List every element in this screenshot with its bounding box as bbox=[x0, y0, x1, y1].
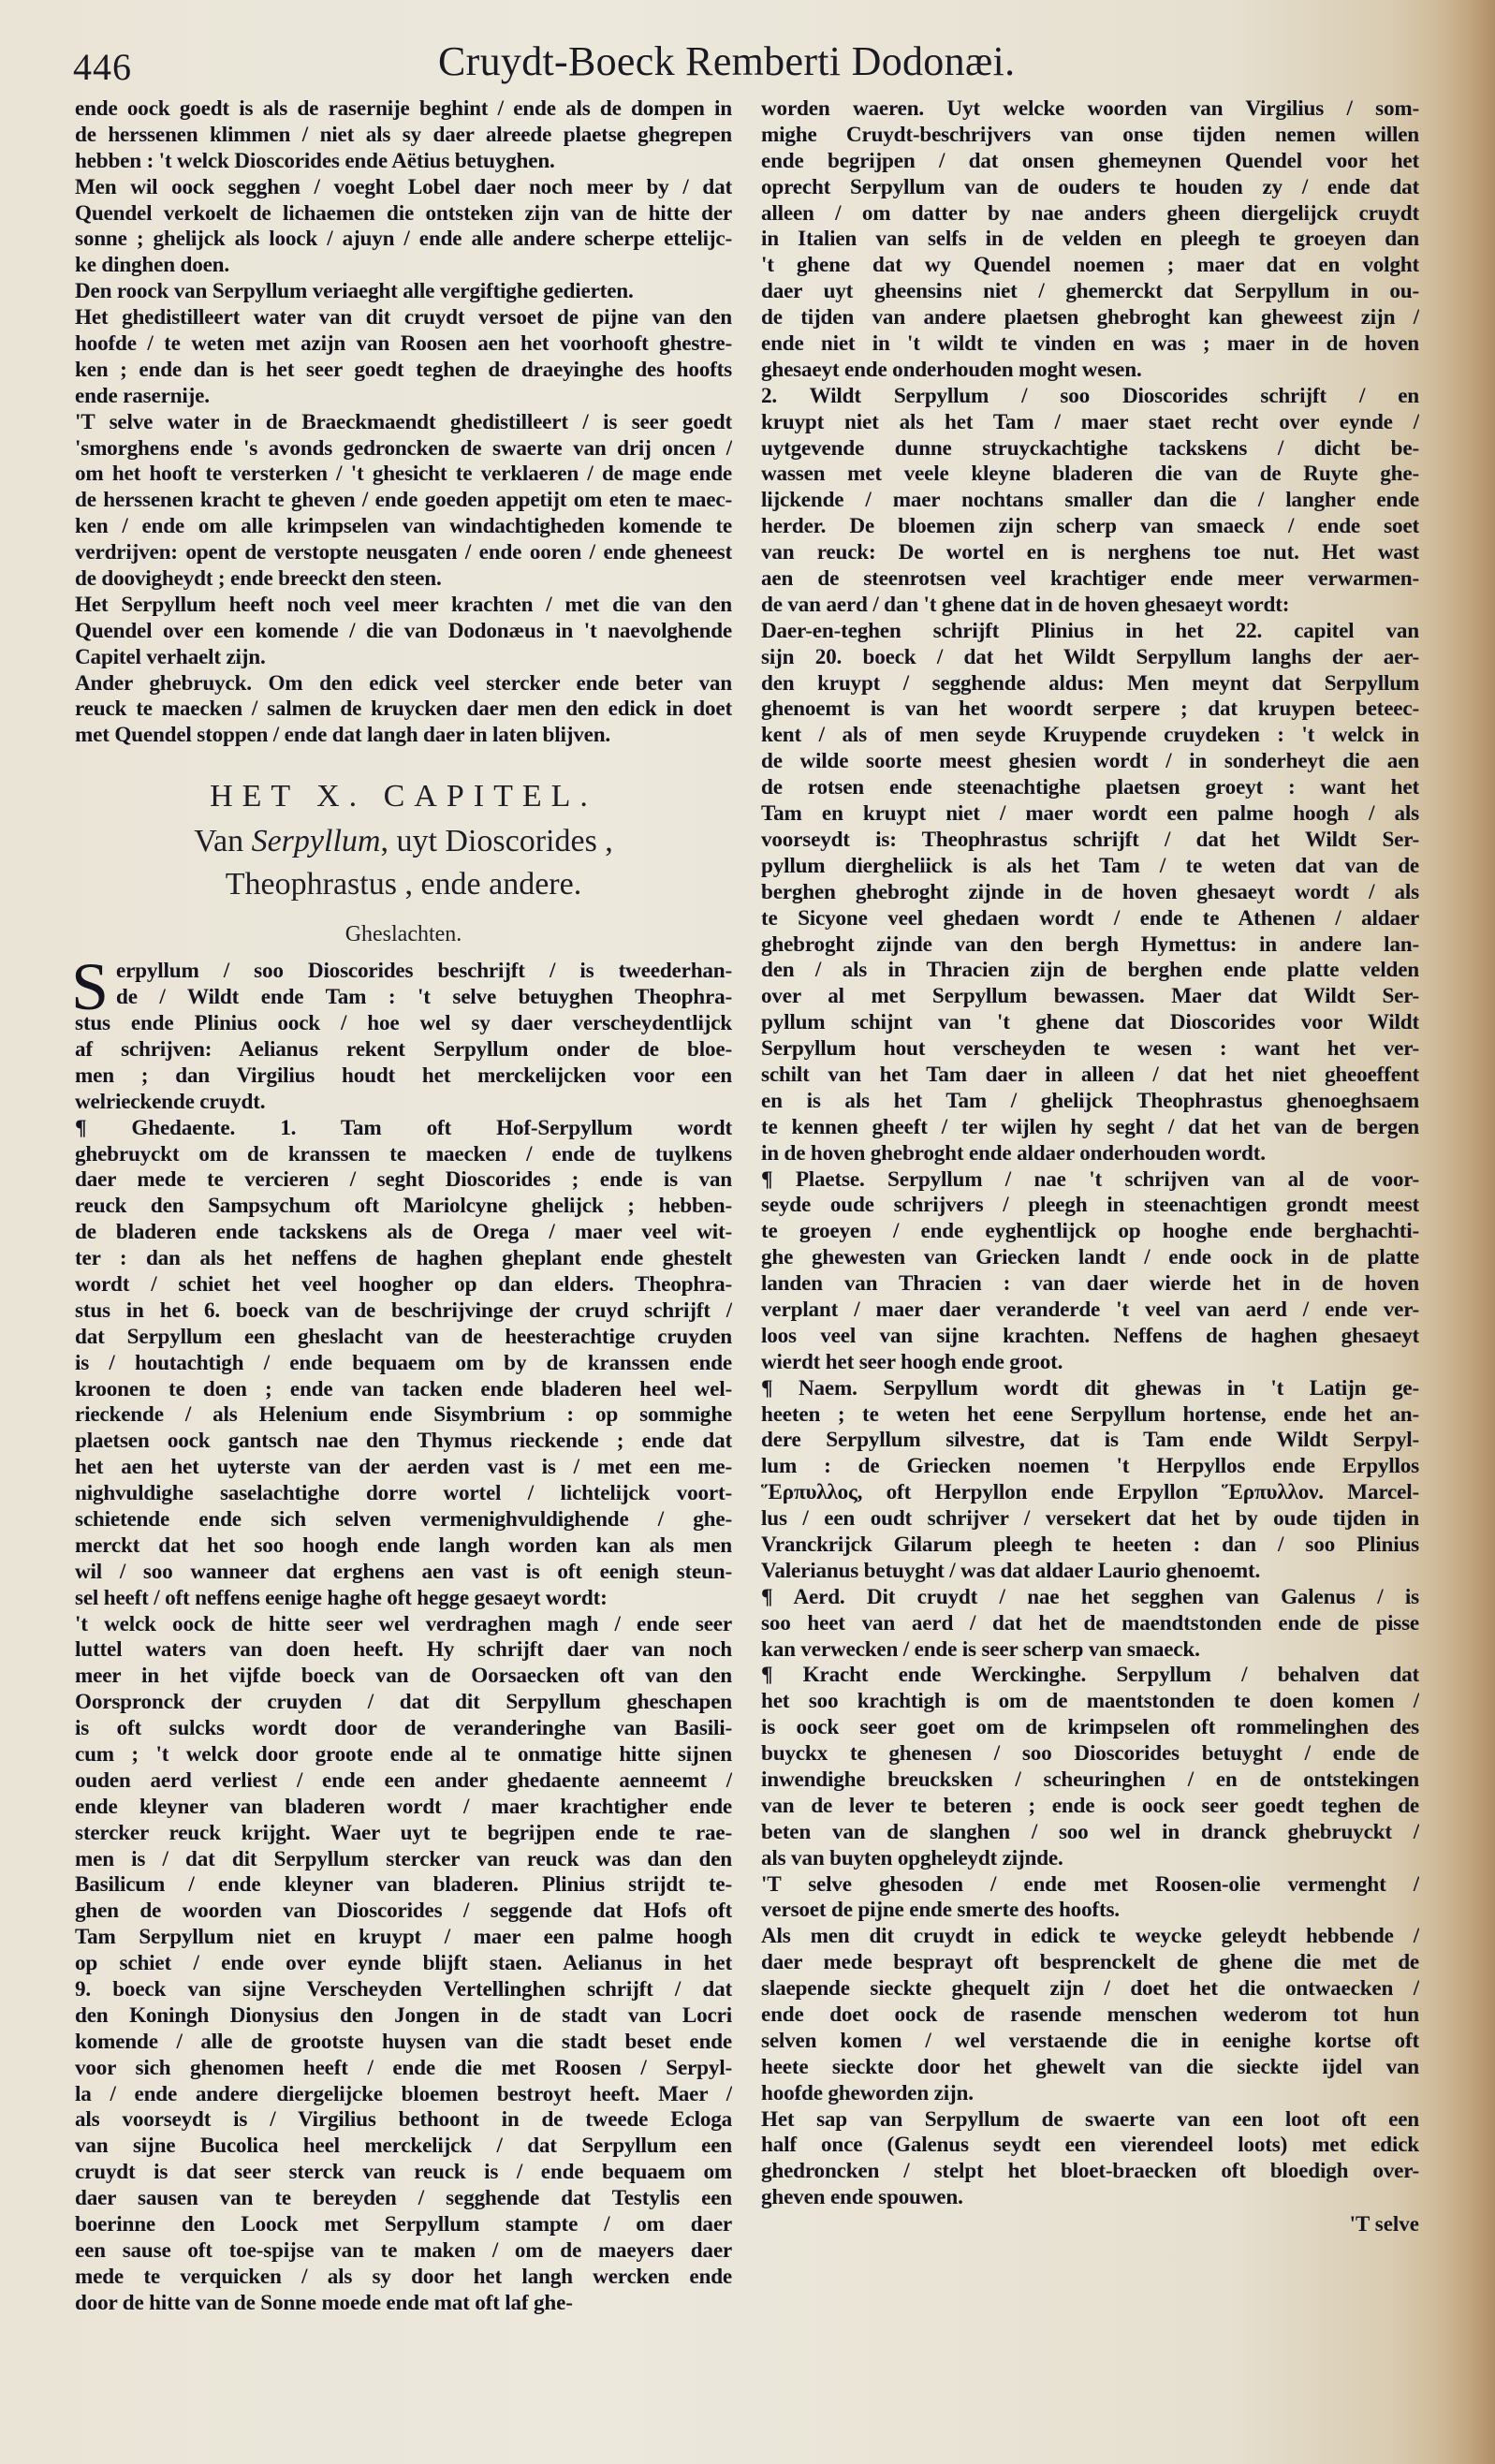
text-line: schietende ende sich selven vermenighvul… bbox=[75, 1507, 732, 1533]
text-line: lijckende / maer nochtans smaller dan di… bbox=[761, 488, 1419, 514]
text-line: selven komen / wel verstaende die in een… bbox=[761, 2029, 1419, 2055]
text-line: een sause oft toe-spijse van te maken / … bbox=[75, 2238, 732, 2265]
text-line: komende / alle de grootste huysen van di… bbox=[75, 2030, 732, 2056]
text-line: la / ende andere diergelijcke bloemen be… bbox=[75, 2082, 732, 2108]
text-line: sonne ; ghelijck als loock / ajuyn / end… bbox=[75, 227, 732, 253]
text-line: 't ghene dat wy Quendel noemen ; maer da… bbox=[761, 253, 1419, 279]
chapter-title: HET X. CAPITEL. bbox=[75, 773, 732, 820]
text-line: wassen met veele kleyne bladeren die van… bbox=[761, 462, 1419, 488]
text-line: ke dinghen doen. bbox=[75, 253, 732, 279]
text-line: inwendighe breucksken / scheuringhen / e… bbox=[761, 1767, 1419, 1794]
text-line: ouden aerd verliest / ende een ander ghe… bbox=[75, 1768, 732, 1795]
text-line: beten van de slanghen / soo wel in dranc… bbox=[761, 1820, 1419, 1846]
text-line: uytgevende dunne struyckachtighe tackske… bbox=[761, 436, 1419, 462]
text-line: ¶ Ghedaente. 1. Tam oft Hof-Serpyllum wo… bbox=[75, 1116, 732, 1142]
text-line: stus in het 6. boeck van de beschrijving… bbox=[75, 1298, 732, 1325]
text-line: herder. De bloemen zijn scherp van smaec… bbox=[761, 514, 1419, 540]
text-line: is oft sulcks wordt door de veranderingh… bbox=[75, 1716, 732, 1742]
text-line: de wilde soorte meest ghesien wordt / in… bbox=[761, 749, 1419, 775]
text-line: men ; dan Virgilius houdt het merckelijc… bbox=[75, 1063, 732, 1090]
text-line: in de hoven ghebroght ende aldaer onderh… bbox=[761, 1141, 1419, 1167]
catchword: 'T selve bbox=[761, 2211, 1419, 2237]
text-line: buyckx te ghenesen / soo Dioscorides bet… bbox=[761, 1741, 1419, 1767]
text-line: verdrijven: opent de verstopte neusgaten… bbox=[75, 540, 732, 566]
text-line: ghedroncken / stelpt het bloet-braecken … bbox=[761, 2159, 1419, 2185]
text-line: ende kleyner van bladeren wordt / maer k… bbox=[75, 1795, 732, 1821]
text-line: lum : de Griecken noemen 't Herpyllos en… bbox=[761, 1454, 1419, 1480]
subtitle-prefix: Van bbox=[194, 824, 243, 858]
text-line: te kennen gheeft / ter wijlen hy seght /… bbox=[761, 1115, 1419, 1141]
text-line: de tijden van andere plaetsen ghebroght … bbox=[761, 305, 1419, 331]
text-line: sijn 20. boeck / dat het Wildt Serpyllum… bbox=[761, 645, 1419, 671]
text-line: ende rasernije. bbox=[75, 384, 732, 410]
text-line: luttel waters van doen heeft. Hy schrijf… bbox=[75, 1637, 732, 1664]
text-line: ken ; ende dan is het seer goedt teghen … bbox=[75, 358, 732, 384]
text-line: Het sap van Serpyllum de swaerte van een… bbox=[761, 2107, 1419, 2134]
text-line: kroonen te doen ; ende van tacken ende b… bbox=[75, 1377, 732, 1403]
text-line: ende begrijpen / dat onsen ghemeynen Que… bbox=[761, 149, 1419, 175]
text-line: de doovigheydt ; ende breeckt den steen. bbox=[75, 566, 732, 593]
text-line: Quendel verkoelt de lichaemen die ontste… bbox=[75, 201, 732, 227]
text-line: versoet de pijne ende smerte des hoofts. bbox=[761, 1898, 1419, 1924]
text-line: ghebroght zijnde van den bergh Hymettus:… bbox=[761, 932, 1419, 959]
text-line: de van aerd / dan 't ghene dat in de hov… bbox=[761, 593, 1419, 619]
text-line: 'T selve ghesoden / ende met Roosen-olie… bbox=[761, 1872, 1419, 1899]
text-line: stercker reuck krijght. Waer uyt te begr… bbox=[75, 1821, 732, 1847]
text-line: pyllum diergheliick is als het Tam / te … bbox=[761, 854, 1419, 880]
text-line: daer sausen van te bereyden / segghende … bbox=[75, 2186, 732, 2212]
text-line: den kruypt / segghende aldus: Men meynt … bbox=[761, 671, 1419, 697]
running-head: Cruydt-Boeck Remberti Dodonæi. bbox=[438, 37, 1015, 85]
text-line: 'smorghens ende 's avonds gedroncken de … bbox=[75, 436, 732, 462]
text-line: merckt dat het soo hoogh ende langh word… bbox=[75, 1533, 732, 1560]
text-line: worden waeren. Uyt welcke woorden van Vi… bbox=[761, 96, 1419, 123]
text-line: ghenoemt is van het woordt serpere ; dat… bbox=[761, 697, 1419, 723]
text-line: ¶ Kracht ende Werckinghe. Serpyllum / be… bbox=[761, 1663, 1419, 1689]
text-line: als voorseydt is / Virgilius bethoont in… bbox=[75, 2107, 732, 2134]
text-line: af schrijven: Aelianus rekent Serpyllum … bbox=[75, 1037, 732, 1063]
text-line: Oorspronck der cruyden / dat dit Serpyll… bbox=[75, 1690, 732, 1716]
text-line: Daer-en-teghen schrijft Plinius in het 2… bbox=[761, 619, 1419, 645]
subtitle-latin-name: Serpyllum bbox=[252, 824, 381, 858]
text-line: alleen / om datter by nae anders gheen d… bbox=[761, 201, 1419, 227]
subtitle-rest: , uyt Dioscorides , bbox=[380, 824, 612, 858]
text-line: Ander ghebruyck. Om den edick veel sterc… bbox=[75, 671, 732, 697]
text-line: kruypt niet als het Tam / maer staet rec… bbox=[761, 410, 1419, 436]
text-line: de herssenen klimmen / niet als sy daer … bbox=[75, 123, 732, 149]
text-line: lus / een oudt schrijver / versekert dat… bbox=[761, 1506, 1419, 1533]
text-line: Capitel verhaelt zijn. bbox=[75, 645, 732, 671]
text-line: erpyllum / soo Dioscorides beschrijft / … bbox=[75, 959, 732, 985]
chapter-heading: HET X. CAPITEL. Van Serpyllum, uyt Diosc… bbox=[75, 773, 732, 959]
text-line: om het hooft te versterken / 't ghesicht… bbox=[75, 462, 732, 488]
text-line: Ἕρπυλλος, oft Herpyllon ende Erpyllon Ἕρ… bbox=[761, 1480, 1419, 1506]
text-line: Valerianus betuyght / was dat aldaer Lau… bbox=[761, 1559, 1419, 1585]
text-line: ghebruyckt om de kranssen te maecken / e… bbox=[75, 1142, 732, 1168]
text-line: dere Serpyllum silvestre, dat is Tam end… bbox=[761, 1428, 1419, 1454]
text-line: ¶ Naem. Serpyllum wordt dit ghewas in 't… bbox=[761, 1376, 1419, 1402]
text-line: Men wil oock segghen / voeght Lobel daer… bbox=[75, 175, 732, 201]
text-line: ¶ Aerd. Dit cruydt / nae het segghen van… bbox=[761, 1585, 1419, 1611]
text-line: pyllum schijnt van 't ghene dat Dioscori… bbox=[761, 1010, 1419, 1036]
text-line: Tam Serpyllum niet en kruypt / maer een … bbox=[75, 1925, 732, 1951]
text-line: daer mede besprayt oft besprenckelt de g… bbox=[761, 1950, 1419, 1976]
text-line: de / Wildt ende Tam : 't selve betuyghen… bbox=[75, 985, 732, 1011]
text-line: heete sieckte door het ghewelt van die s… bbox=[761, 2055, 1419, 2081]
text-line: ken / ende om alle krimpselen van windac… bbox=[75, 514, 732, 540]
text-line: kent / als of men seyde Kruypende cruyde… bbox=[761, 723, 1419, 749]
chapter-subtitle: Van Serpyllum, uyt Dioscorides , bbox=[75, 820, 732, 863]
text-line: 9. boeck van sijne Verscheyden Vertellin… bbox=[75, 1977, 732, 2003]
text-line: boerinne den Loock met Serpyllum stampte… bbox=[75, 2212, 732, 2238]
text-line: 't welck oock de hitte seer wel verdragh… bbox=[75, 1612, 732, 1638]
right-column: worden waeren. Uyt welcke woorden van Vi… bbox=[761, 96, 1419, 2237]
text-line: van sijne Bucolica heel merckelijck / da… bbox=[75, 2134, 732, 2160]
text-line: reuck te maecken / salmen de kruycken da… bbox=[75, 697, 732, 723]
text-line: het aen het uyterste van der aerden vast… bbox=[75, 1455, 732, 1481]
text-line: Basilicum / ende kleyner van bladeren. P… bbox=[75, 1872, 732, 1899]
text-line: ghen de woorden van Dioscorides / seggen… bbox=[75, 1899, 732, 1925]
text-line: voorseydt is: Theophrastus schrijft / da… bbox=[761, 828, 1419, 854]
left-column-body-text: erpyllum / soo Dioscorides beschrijft / … bbox=[75, 959, 732, 2316]
text-line: ¶ Plaetse. Serpyllum / nae 't schrijven … bbox=[761, 1167, 1419, 1194]
text-line: van reuck: De wortel en is nerghens toe … bbox=[761, 540, 1419, 566]
drop-cap-initial: S bbox=[71, 959, 109, 1015]
text-line: berghen ghebroght zijnde in de hoven ghe… bbox=[761, 880, 1419, 906]
left-column: ende oock goedt is als de rasernije begh… bbox=[75, 96, 732, 2317]
text-line: ghesaeyt ende onderhouden moght wesen. bbox=[761, 358, 1419, 384]
text-line: men is / dat dit Serpyllum stercker van … bbox=[75, 1847, 732, 1873]
text-line: Vranckrijck Gilarum pleegh te heeten : d… bbox=[761, 1533, 1419, 1559]
text-line: Tam en kruypt niet / maer wordt een palm… bbox=[761, 801, 1419, 828]
text-line: 'T selve water in de Braeckmaendt ghedis… bbox=[75, 410, 732, 436]
text-line: dat Serpyllum een gheslacht van de heest… bbox=[75, 1325, 732, 1351]
text-line: met Quendel stoppen / ende dat langh dae… bbox=[75, 723, 732, 749]
text-line: over al met Serpyllum bewassen. Maer dat… bbox=[761, 984, 1419, 1010]
text-line: schilt van het Tam daer in alleen / dat … bbox=[761, 1063, 1419, 1089]
text-line: oprecht Serpyllum van de ouders te houde… bbox=[761, 175, 1419, 201]
text-line: en is als het Tam / ghelijck Theophrastu… bbox=[761, 1089, 1419, 1115]
text-line: voor sich ghenomen heeft / ende die met … bbox=[75, 2056, 732, 2082]
text-line: Quendel over een komende / die van Dodon… bbox=[75, 619, 732, 645]
text-line: sel heeft / oft neffens eenige haghe oft… bbox=[75, 1586, 732, 1612]
text-line: de rotsen ende steenachtighe plaetsen gr… bbox=[761, 775, 1419, 801]
text-line: als van buyten opgheleydt zijnde. bbox=[761, 1846, 1419, 1872]
text-line: meer in het vijfde boeck van de Oorsaeck… bbox=[75, 1664, 732, 1690]
text-line: cruydt is dat seer sterck van reuck is /… bbox=[75, 2160, 732, 2186]
chapter-subtitle-line2: Theophrastus , ende andere. bbox=[75, 863, 732, 906]
text-line: Het ghedistilleert water van dit cruydt … bbox=[75, 305, 732, 331]
text-line: loos veel van sijne krachten. Neffens de… bbox=[761, 1324, 1419, 1350]
text-line: heeten ; te weten het eene Serpyllum hor… bbox=[761, 1402, 1419, 1429]
text-line: van de lever te beteren ; ende is oock s… bbox=[761, 1794, 1419, 1820]
text-line: daer mede te vercieren / seght Dioscorid… bbox=[75, 1167, 732, 1194]
text-line: door de hitte van de Sonne moede ende ma… bbox=[75, 2291, 732, 2317]
body-with-dropcap: S erpyllum / soo Dioscorides beschrijft … bbox=[75, 959, 732, 2316]
text-line: plaetsen oock gantsch nae den Thymus rie… bbox=[75, 1429, 732, 1455]
text-line: soo heet van aerd / dat het de maendtsto… bbox=[761, 1611, 1419, 1637]
text-line: 2. Wildt Serpyllum / soo Dioscorides sch… bbox=[761, 384, 1419, 410]
text-line: ghe ghewesten van Griecken landt / ende … bbox=[761, 1245, 1419, 1271]
text-line: den Koningh Dionysius den Jongen in de s… bbox=[75, 2003, 732, 2030]
text-line: welrieckende cruydt. bbox=[75, 1090, 732, 1116]
section-label-gheslachten: Gheslachten. bbox=[75, 906, 732, 959]
text-line: mighe Cruydt-beschrijvers van onse tijde… bbox=[761, 123, 1419, 149]
text-line: daer uyt gheensins niet / ghemerckt dat … bbox=[761, 279, 1419, 305]
text-line: ende oock goedt is als de rasernije begh… bbox=[75, 96, 732, 123]
page-number: 446 bbox=[73, 45, 132, 89]
text-line: hoofde gheworden zijn. bbox=[761, 2081, 1419, 2107]
text-line: aen de steenrotsen veel krachtiger ende … bbox=[761, 566, 1419, 593]
text-line: seyde oude schrijvers / pleegh in steena… bbox=[761, 1193, 1419, 1219]
text-line: slaepende sieckte ghequelt zijn / doet h… bbox=[761, 1976, 1419, 2002]
text-line: cum ; 't welck door groote ende al te on… bbox=[75, 1742, 732, 1768]
text-line: wierdt het seer hoogh ende groot. bbox=[761, 1350, 1419, 1376]
text-line: hebben : 't welck Dioscorides ende Aëtiu… bbox=[75, 149, 732, 175]
text-line: is oock seer goet om de krimpselen oft r… bbox=[761, 1715, 1419, 1741]
text-line: te Sicyone veel ghedaen wordt / ende te … bbox=[761, 906, 1419, 932]
text-line: de bladeren ende tackskens als de Orega … bbox=[75, 1220, 732, 1246]
text-line: mede te verquicken / als sy door het lan… bbox=[75, 2265, 732, 2291]
text-line: ende doet oock de rasende menschen weder… bbox=[761, 2002, 1419, 2029]
text-line: te groeyen / ende eyghentlijck op hooghe… bbox=[761, 1219, 1419, 1245]
text-line: ende niet in 't wildt te vinden en was ;… bbox=[761, 331, 1419, 358]
text-line: ter : dan als het neffens de haghen ghep… bbox=[75, 1246, 732, 1272]
text-line: wordt / schiet het veel hoogher op dan e… bbox=[75, 1272, 732, 1298]
text-line: Als men dit cruydt in edick te weycke ge… bbox=[761, 1924, 1419, 1950]
text-line: wil / soo wanneer dat erghens aen vast i… bbox=[75, 1560, 732, 1586]
text-line: de herssenen kracht te gheven / ende goe… bbox=[75, 488, 732, 514]
text-line: het soo krachtigh is om de maentstonden … bbox=[761, 1689, 1419, 1715]
text-line: Serpyllum hout verscheyden te wesen : wa… bbox=[761, 1036, 1419, 1063]
text-line: kan verwecken / ende is seer scherp van … bbox=[761, 1637, 1419, 1664]
text-line: hoofde / te weten met azijn van Roosen a… bbox=[75, 331, 732, 358]
text-line: gheven ende spouwen. bbox=[761, 2185, 1419, 2211]
text-line: in Italien van selfs in de velden en ple… bbox=[761, 227, 1419, 253]
text-line: half once (Galenus seydt een vierendeel … bbox=[761, 2133, 1419, 2159]
text-line: nighvuldighe saselachtighe dorre wortel … bbox=[75, 1481, 732, 1507]
left-column-top-text: ende oock goedt is als de rasernije begh… bbox=[75, 96, 732, 749]
text-line: den / als in Thracien zijn de berghen en… bbox=[761, 958, 1419, 984]
right-column-text: worden waeren. Uyt welcke woorden van Vi… bbox=[761, 96, 1419, 2211]
text-line: is / houtachtigh / ende bequaem om by de… bbox=[75, 1351, 732, 1377]
text-line: landen van Thracien : van daer wierde he… bbox=[761, 1271, 1419, 1298]
text-line: Het Serpyllum heeft noch veel meer krach… bbox=[75, 593, 732, 619]
text-line: stus ende Plinius oock / hoe wel sy daer… bbox=[75, 1011, 732, 1037]
text-line: op schiet / ende over eynde blijft staen… bbox=[75, 1951, 732, 1977]
text-line: Den roock van Serpyllum veriaeght alle v… bbox=[75, 279, 732, 305]
text-line: rieckende / als Helenium ende Sisymbrium… bbox=[75, 1402, 732, 1429]
page-gutter-shadow bbox=[1442, 0, 1495, 2464]
text-line: reuck den Sampsychum oft Mariolcyne ghel… bbox=[75, 1194, 732, 1220]
text-line: verplant / maer daer veranderde 't veel … bbox=[761, 1298, 1419, 1324]
